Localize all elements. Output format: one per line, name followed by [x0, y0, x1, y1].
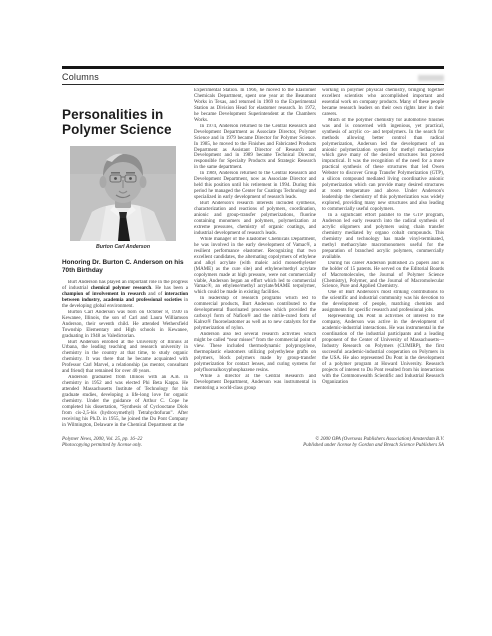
- article-title: Personalities in Polymer Science: [62, 107, 188, 137]
- footer-left-block: Polymer News, 2000, Vol. 25, pp. 16–22 P…: [62, 437, 142, 450]
- paragraph-middle-6: In leadership of research programs which…: [194, 296, 316, 332]
- paragraph-middle-2: In 1974, Anderson returned to the Centra…: [194, 124, 316, 172]
- page-content: Columns Personalities in Polymer Science: [62, 66, 444, 450]
- page-footer: Polymer News, 2000, Vol. 25, pp. 16–22 P…: [62, 437, 444, 450]
- photo-caption: Burton Carl Anderson: [70, 244, 176, 250]
- paragraph-right-1: working in polymer physical chemistry, b…: [322, 88, 444, 118]
- paragraph-middle-5: While manager of the Elastomer Chemicals…: [194, 237, 316, 297]
- article-columns: Personalities in Polymer Science: [62, 88, 444, 429]
- section-label: Columns: [62, 72, 99, 83]
- article-heading: Honoring Dr. Burton C. Anderson on his 7…: [62, 259, 188, 275]
- column-middle: Experimental Station. In 1966, he moved …: [194, 88, 316, 429]
- portrait-photo: [70, 146, 176, 241]
- scan-artifact: [418, 75, 444, 81]
- paragraph-right-5: One of Burt Anderson's most striking con…: [322, 290, 444, 314]
- paragraph-right-6: Representing Du Pont in activities of in…: [322, 314, 444, 385]
- paragraph-middle-4: Burt Anderson's research interests inclu…: [194, 201, 316, 237]
- page-header: Columns: [62, 66, 444, 85]
- journal-page: Columns Personalities in Polymer Science: [0, 0, 492, 636]
- paragraph-right-3: In a significant effort parallel to the …: [322, 213, 444, 261]
- header-rule-top: [62, 66, 444, 69]
- footer-right-block: © 2000 OPA (Overseas Publishers Associat…: [303, 437, 444, 450]
- paragraph-left-3: Burt Anderson enrolled at the University…: [62, 340, 188, 376]
- footer-publisher-line: Published under license by Gordon and Br…: [303, 443, 444, 450]
- portrait-figure: Burton Carl Anderson: [70, 146, 176, 250]
- paragraph-right-2: Much of the polymer chemistry for automo…: [322, 118, 444, 213]
- paragraph-middle-1: Experimental Station. In 1966, he moved …: [194, 88, 316, 124]
- column-right: working in polymer physical chemistry, b…: [322, 88, 444, 429]
- header-rule-bottom: [62, 84, 444, 85]
- paragraph-left-2: Burton Carl Anderson was born on October…: [62, 310, 188, 340]
- portrait-illustration: [70, 146, 176, 241]
- paragraph-left-4: Anderson graduated from Illinois with an…: [62, 375, 188, 429]
- paragraph-left-1: Burt Anderson has played an important ro…: [62, 280, 188, 310]
- article-title-line2: Polymer Science: [62, 122, 172, 137]
- paragraph-middle-3: In 1989, Anderson returned to the Centra…: [194, 171, 316, 201]
- paragraph-middle-7: Anderson also led several research activ…: [194, 332, 316, 374]
- paragraph-right-4: During his career Anderson published 25 …: [322, 261, 444, 291]
- paragraph-middle-8: While a director at the Central Research…: [194, 374, 316, 392]
- column-left: Personalities in Polymer Science: [62, 88, 188, 429]
- article-title-line1: Personalities in: [62, 107, 163, 122]
- footer-license-line: Photocopying permitted by license only.: [62, 443, 142, 450]
